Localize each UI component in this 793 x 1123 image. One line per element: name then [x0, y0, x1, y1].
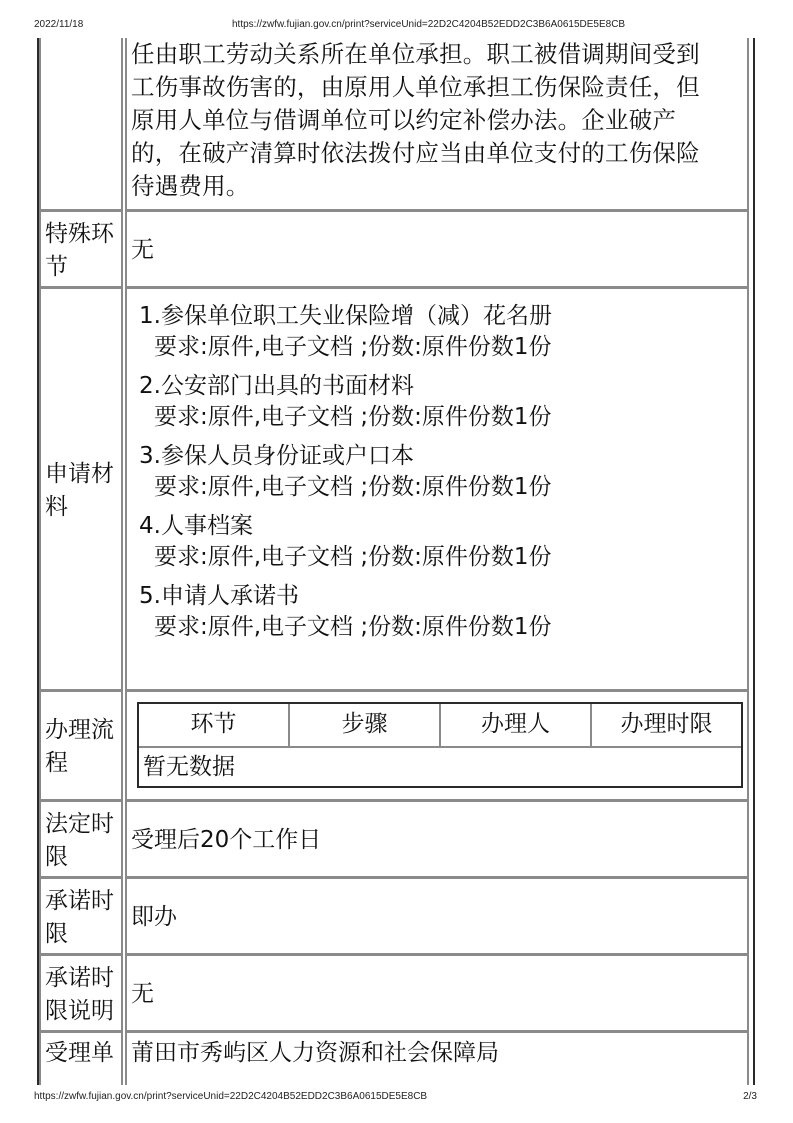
- service-detail-table: 任由职工劳动关系所在单位承担。职工被借调期间受到 工伤事故伤害的，由原用人单位承…: [37, 38, 755, 1085]
- material-name: 2.公安部门出具的书面材料: [139, 371, 743, 402]
- material-requirement: 要求:原件,电子文档 ;份数:原件份数1份: [139, 402, 743, 433]
- print-header: 2022/11/18 https://zwfw.fujian.gov.cn/pr…: [0, 19, 793, 33]
- material-name: 1.参保单位职工失业保险增（减）花名册: [139, 301, 743, 332]
- materials-list: 1.参保单位职工失业保险增（减）花名册 要求:原件,电子文档 ;份数:原件份数1…: [125, 287, 749, 691]
- material-item: 1.参保单位职工失业保险增（减）花名册 要求:原件,电子文档 ;份数:原件份数1…: [139, 301, 743, 363]
- row-label: 办理流程: [39, 690, 123, 801]
- page-number: 2/3: [743, 1091, 757, 1102]
- material-requirement: 要求:原件,电子文档 ;份数:原件份数1份: [139, 472, 743, 503]
- process-table-header: 环节 步骤 办理人 办理时限: [139, 704, 741, 748]
- table-row-special-step: 特殊环节 无: [37, 210, 751, 288]
- material-name: 3.参保人员身份证或户口本: [139, 441, 743, 472]
- table-row-materials: 申请材料 1.参保单位职工失业保险增（减）花名册 要求:原件,电子文档 ;份数:…: [37, 287, 751, 691]
- row-label-empty: [39, 38, 123, 211]
- row-label: 受理单: [39, 1031, 123, 1085]
- print-footer: https://zwfw.fujian.gov.cn/print?service…: [0, 1091, 793, 1105]
- text-line: 任由职工劳动关系所在单位承担。职工被借调期间受到: [131, 38, 743, 71]
- row-label: 申请材料: [39, 287, 123, 691]
- print-footer-url: https://zwfw.fujian.gov.cn/print?service…: [34, 1091, 427, 1102]
- text-line: 原用人单位与借调单位可以约定补偿办法。企业破产: [131, 104, 743, 137]
- row-label: 承诺时限说明: [39, 954, 123, 1032]
- row-value: 莆田市秀屿区人力资源和社会保障局: [125, 1031, 749, 1085]
- row-value-continued-text: 任由职工劳动关系所在单位承担。职工被借调期间受到 工伤事故伤害的，由原用人单位承…: [125, 38, 749, 211]
- table-row-legal-limit: 法定时限 受理后20个工作日: [37, 800, 751, 878]
- table-row-promised-limit: 承诺时限 即办: [37, 877, 751, 955]
- material-name: 5.申请人承诺书: [139, 581, 743, 612]
- row-value: 受理后20个工作日: [125, 800, 749, 878]
- material-name: 4.人事档案: [139, 511, 743, 542]
- column-header-procedure: 步骤: [290, 704, 441, 746]
- text-line: 工伤事故伤害的，由原用人单位承担工伤保险责任，但: [131, 71, 743, 104]
- row-value: 无: [125, 210, 749, 288]
- material-requirement: 要求:原件,电子文档 ;份数:原件份数1份: [139, 332, 743, 363]
- material-item: 5.申请人承诺书 要求:原件,电子文档 ;份数:原件份数1份: [139, 581, 743, 643]
- column-header-step: 环节: [139, 704, 290, 746]
- material-requirement: 要求:原件,电子文档 ;份数:原件份数1份: [139, 542, 743, 573]
- process-table: 环节 步骤 办理人 办理时限 暂无数据: [137, 702, 743, 788]
- table-row-process: 办理流程 环节 步骤 办理人 办理时限 暂无数据: [37, 690, 751, 801]
- print-date: 2022/11/18: [34, 19, 83, 30]
- table-row-promised-limit-note: 承诺时限说明 无: [37, 954, 751, 1032]
- text-line: 待遇费用。: [131, 170, 743, 203]
- row-value: 即办: [125, 877, 749, 955]
- row-label: 法定时限: [39, 800, 123, 878]
- print-url: https://zwfw.fujian.gov.cn/print?service…: [232, 19, 625, 30]
- material-item: 4.人事档案 要求:原件,电子文档 ;份数:原件份数1份: [139, 511, 743, 573]
- row-value: 环节 步骤 办理人 办理时限 暂无数据: [125, 690, 749, 801]
- text-line: 的，在破产清算时依法拨付应当由单位支付的工伤保险: [131, 137, 743, 170]
- table-row-accepting-unit: 受理单 莆田市秀屿区人力资源和社会保障局: [37, 1031, 751, 1085]
- row-value: 无: [125, 954, 749, 1032]
- material-item: 3.参保人员身份证或户口本 要求:原件,电子文档 ;份数:原件份数1份: [139, 441, 743, 503]
- column-header-handler: 办理人: [441, 704, 592, 746]
- row-label: 特殊环节: [39, 210, 123, 288]
- column-header-time-limit: 办理时限: [592, 704, 741, 746]
- empty-state-text: 暂无数据: [143, 750, 235, 784]
- material-requirement: 要求:原件,电子文档 ;份数:原件份数1份: [139, 612, 743, 643]
- material-item: 2.公安部门出具的书面材料 要求:原件,电子文档 ;份数:原件份数1份: [139, 371, 743, 433]
- row-label: 承诺时限: [39, 877, 123, 955]
- table-row-continued: 任由职工劳动关系所在单位承担。职工被借调期间受到 工伤事故伤害的，由原用人单位承…: [37, 38, 751, 211]
